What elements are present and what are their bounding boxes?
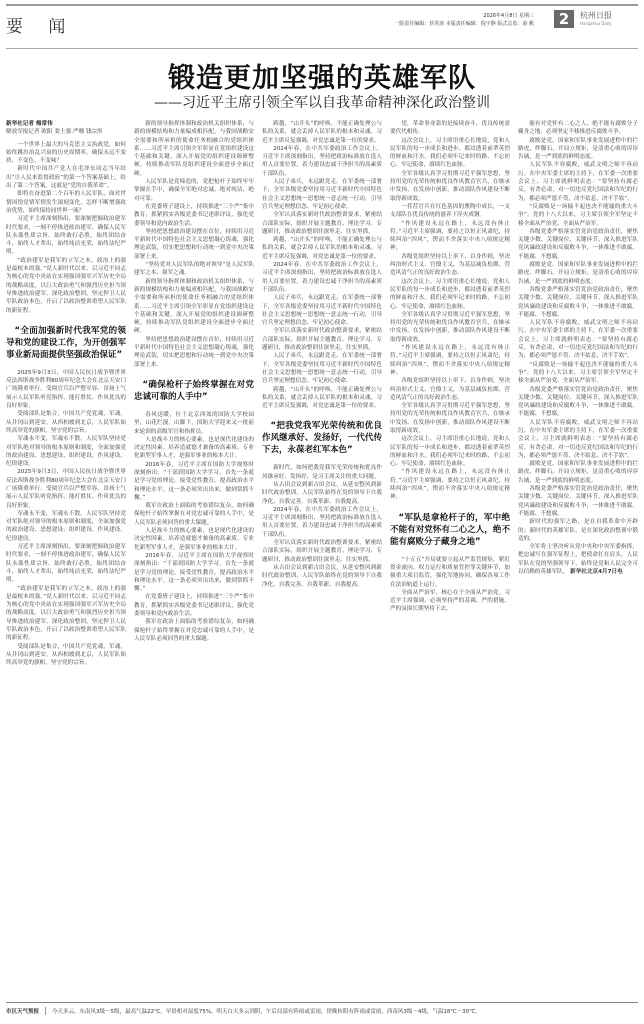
paragraph: 各级党组织坚持以上率下、以身作则，坚决纠治形式主义、官僚主义，为基层减负松绑，营… — [390, 253, 510, 278]
paragraph: 新时代，如何把我党我军光荣传统和优良作风继承好、发扬好，是习主席关注的重大问题。 — [262, 464, 382, 481]
logo-en: Hangzhou Daily — [580, 21, 638, 26]
paragraph: 军魂永不变，军魂永不散。人民军队坚持党对军队绝对领导的根本原则和制度，全面加强党… — [6, 435, 126, 468]
paragraph: 人民军队是党缔造的，党把枪杆子始终牢牢掌握在手中，确保全军绝对忠诚、绝对纯洁、绝… — [134, 178, 254, 203]
paragraph: 各级党组织坚持以上率下、以身作则，坚决纠治形式主义、官僚主义，为基层减负松绑，营… — [390, 377, 510, 402]
paragraph: 腐败是党、国家和军队事业发展进程中的拦路虎、绊脚石。开局立规矩，是清重心收的谆谆… — [518, 460, 638, 485]
column-4: 望，革命事业靠的是接续奋斗，优良传统需要代代相传。 这次会议上，习主席语重心长地… — [390, 120, 510, 1000]
column-1: 新华社记者 梅常伟 解放军报记者 欧阳 娄士强 严珊 钱宗彤 一个世界上最大的马… — [6, 120, 126, 1000]
paragraph: 人民子弟兵，永远跟党走。在军委统一部署下，全军各级党委坚持用习近平新时代中国特色… — [262, 178, 382, 211]
paragraph: 习近平主席深刻指出，要深刻把握政治建军时代要求，一刻不停推进政治建军，确保人民军… — [6, 543, 126, 584]
paragraph: 全军认真落实新时代政治整训要求，紧密结合部队实际，组织开展主题教育、理论学习、专… — [262, 539, 382, 564]
paragraph: 2025年9月3日，中国人民抗日战争暨世界反法西斯战争胜利80周年纪念大会在北京… — [6, 468, 126, 509]
paragraph: 一个世界上最大的马克思主义执政党，如何始终跳出治乱兴衰的历史周期率，确保永远不变… — [6, 141, 126, 166]
weather-label: 市区天气预报 — [6, 1007, 46, 1015]
paragraph: 人是战斗力的核心要素，也是现代化建设的决定性因素。培养造就德才兼备的高素质、专业… — [134, 527, 254, 552]
section-title: 要 闻 — [6, 12, 75, 37]
subheading-4: “军队是拿枪杆子的，军中绝不能有对党怀有二心之人，绝不能有腐败分子藏身之地” — [390, 512, 510, 548]
paragraph: 2016年春，习近平主席在国防大学视察时深刻指出：“干部到国防大学学习，首先一条… — [134, 552, 254, 593]
paragraph: “坚持党对人民军队的绝对领导”是人民军队建军之本、强军之魂。 — [134, 261, 254, 278]
paragraph: “十五五”开局就要立起从严监管规矩，紧盯资金流向、权力运行和质量管控等关键环节，… — [390, 556, 510, 589]
subheading-1: “全面加强新时代我军党的领导和党的建设工作，为开创强军事业新局面提供坚强政治保证… — [6, 325, 126, 361]
paragraph: 人民军队不容腐败，威武文明之师不容玷污。在中央军委主席的主持下，在军委一次重要会… — [518, 161, 638, 202]
paragraph: “作风建设永远在路上，永远没有休止符。”习近平主席强调，要持之以恒正风肃纪，持续… — [390, 344, 510, 377]
paragraph: 人民子弟兵，永远跟党走。在军委统一部署下，全军各级党委坚持用习近平新时代中国特色… — [262, 294, 382, 327]
paragraph: 全军各级认真学习贯彻习近平强军思想，坚持用党的光荣传统和优良作风教育官兵，在继承… — [390, 170, 510, 203]
paragraph: 这次会议上，习主席语重心长地说，党和人民军队的每一步成长和进步，都浸透着前辈英烈… — [390, 435, 510, 468]
paragraph: “反腐败是一场输不起也决不能输的重大斗争”。党的十八大以来，习主席引领全军坚定不… — [518, 203, 638, 228]
paragraph: 2016年春，习近平主席在国防大学视察时深刻指出：“干部到国防大学学习，首先一条… — [134, 461, 254, 502]
article-subtitle: ——习近平主席引领全军以自我革命精神深化政治整训 — [0, 92, 644, 112]
paragraph: 跨越，“山开头”的呼唤，不能正确处理公与私的关系，就会丢掉人民军队的根本和灵魂。… — [262, 120, 382, 145]
paragraph: 人是战斗力的核心要素，也是现代化建设的决定性因素。培养造就德才兼备的高素质、专业… — [134, 436, 254, 461]
paragraph: 这次会议上，习主席语重心长地说，党和人民军队的每一步成长和进步，都浸透着前辈英烈… — [390, 137, 510, 170]
paragraph: 望，革命事业靠的是接续奋斗，优良传统需要代代相传。 — [390, 120, 510, 137]
subheading-3: “把我党我军光荣传统和优良作风继承好、发扬好，一代代传下去，永葆老红军本色” — [262, 420, 382, 456]
paragraph: 人民子弟兵，永远跟党走。在军委统一部署下，全军各级党委坚持用习近平新时代中国特色… — [262, 352, 382, 385]
paragraph: 人民军队不容腐败，威武文明之师不容玷污。在中央军委主席的主持下，在军委一次重要会… — [518, 419, 638, 460]
paragraph: 各级党委严格落实管党治党政治责任，聚焦关键少数、关键岗位、关键环节，深入推进军队… — [518, 485, 638, 518]
paragraph: “政治建军是我军的立军之本，政治上的强是最根本的强。”党人新时代以来，以习近平同… — [6, 257, 126, 315]
paragraph: 全军认真落实新时代政治整训要求，紧密结合部队实际，组织开展主题教育、理论学习、专… — [262, 327, 382, 352]
paragraph: 坚持把思想政治建设摆在首位，持续用习近平新时代中国特色社会主义思想凝心铸魂，强化… — [134, 336, 254, 369]
paragraph: 一茬茬官兵在红色基因的熏陶中成长，一支支部队在优良传统的滋养下淬火成钢。 — [390, 203, 510, 220]
column-3: 跨越，“山开头”的呼唤，不能正确处理公与私的关系，就会丢掉人民军队的根本和灵魂。… — [262, 120, 382, 1000]
paragraph: 全面从严治军，核心在于全面从严治党。习近平主席强调，必须坚持严的基调、严的措施、… — [390, 589, 510, 614]
paragraph: “作风建设永远在路上，永远没有休止符。”习近平主席强调，要持之以恒正风肃纪，持续… — [390, 220, 510, 253]
edition-meta: 2026年4月8日 星期三 一版责任编辑：侯英涛 本版责任编辑：倪宇静 版式总监… — [394, 12, 534, 28]
paragraph: 新的领导指挥体制和政治机关组织体系，与新的规模结构和力量编成相匹配，与我国战略安… — [134, 120, 254, 178]
paragraph: 军魂永不变，军魂永不散。人民军队坚持党对军队绝对领导的根本原则和制度，全面加强党… — [6, 510, 126, 543]
byline-xinhua: 新华社记者 梅常伟 — [6, 120, 126, 128]
paragraph: 从古田会议到新古田会议，从延安整风到新时代政治整训，人民军队始终在党的领导下自我… — [262, 564, 382, 589]
header-divider — [6, 48, 638, 49]
paragraph: 从古田会议到新古田会议，从延安整风到新时代政治整训，人民军队始终在党的领导下自我… — [262, 481, 382, 506]
issue-date: 2026年4月8日 星期三 — [394, 12, 534, 20]
paragraph: “反腐败是一场输不起也决不能输的重大斗争”。党的十八大以来，习主席引领全军坚定不… — [518, 361, 638, 386]
paragraph: 即将在奋进第二个百年的人民军队，面对世情国情党情军情发生深刻变化，怎样不断增强政… — [6, 190, 126, 215]
column-2: 新的领导指挥体制和政治机关组织体系，与新的规模结构和力量编成相匹配，与我国战略安… — [134, 120, 254, 1000]
paragraph: “政治建军是我军的立军之本，政治上的强是最根本的强。”党人新时代以来，以习近平同… — [6, 585, 126, 643]
paragraph: 全军将士坚决听从党中央和中央军委指挥，把忠诚写在强军征程上，把使命扛在肩头。人民… — [518, 543, 638, 576]
paragraph: 我军在政治上面临的考验错综复杂，如何确保枪杆子始终掌握在对党忠诚可靠的人手中，是… — [134, 502, 254, 527]
editors-credit: 一版责任编辑：侯英涛 本版责任编辑：倪宇静 版式总监：俞 帆 — [394, 20, 534, 28]
paragraph: “作风建设永远在路上，永远没有休止符。”习近平主席强调，要持之以恒正风肃纪，持续… — [390, 468, 510, 501]
paragraph: 坚持把思想政治建设摆在首位，持续用习近平新时代中国特色社会主义思想凝心铸魂，强化… — [134, 228, 254, 261]
paragraph: 2025年9月3日，中国人民抗日战争暨世界反法西斯战争胜利80周年纪念大会在北京… — [6, 369, 126, 410]
weather-text: 今天多云，东南风3级－5级，最高气温22℃，早晨相对湿度75%。明天白天多云到阴… — [52, 1007, 481, 1015]
weather-footer: 市区天气预报 今天多云，东南风3级－5级，最高气温22℃，早晨相对湿度75%。明… — [6, 1002, 638, 1015]
paragraph: 在党委班子建设上，持续推进“三个严”集中教育，抓紧抓实各级党委书记述职评议，强化… — [134, 203, 254, 228]
paragraph: 全军认真落实新时代政治整训要求，紧密结合部队实际，组织开展主题教育、理论学习、专… — [262, 211, 382, 236]
masthead: 要 闻 2026年4月8日 星期三 一版责任编辑：侯英涛 本版责任编辑：倪宇静 … — [6, 4, 638, 46]
paragraph: 各级党委严格落实管党治党政治责任，聚焦关键少数、关键岗位、关键环节，深入推进军队… — [518, 286, 638, 319]
paragraph: 人民军队不容腐败，威武文明之师不容玷污。在中央军委主席的主持下，在军委一次重要会… — [518, 319, 638, 360]
paragraph: 跨越，“山开头”的呼唤，不能正确处理公与私的关系，就会丢掉人民军队的根本和灵魂。… — [262, 236, 382, 261]
paragraph: 新时代中国共产党人在毛泽东同志当年给出“让人民来监督政府”的第一个答案基础上，给… — [6, 165, 126, 190]
paragraph: 新时代的强军之路，是在自我革命中开辟的；新时代的英雄军队，是在深化政治整训中锻造… — [518, 518, 638, 543]
paragraph: 各级党委严格落实管党治党政治责任，聚焦关键少数、关键岗位、关键环节，深入推进军队… — [518, 228, 638, 261]
paragraph: 能有对党怀有二心之人，绝不能有腐败分子藏身之地，必须坚定不移推进反腐败斗争。 — [518, 120, 638, 137]
paragraph: 全军各级认真学习贯彻习近平强军思想，坚持用党的光荣传统和优良作风教育官兵，在继承… — [390, 311, 510, 344]
paragraph: 腐败是党、国家和军队事业发展进程中的拦路虎、绊脚石。开局立规矩，是清重心收的谆谆… — [518, 137, 638, 162]
subheading-2: “确保枪杆子始终掌握在对党忠诚可靠的人手中” — [134, 379, 254, 403]
paragraph: 习近平主席深刻指出，要深刻把握政治建军时代要求，一刻不停推进政治建军，确保人民军… — [6, 215, 126, 256]
logo-cn: 杭州日报 — [580, 11, 612, 20]
paragraph: 受阅部队是集合，中国共产党党魂，军魂。从井冈山到延安，从西柏坡到北京，人民军队始… — [6, 410, 126, 435]
article-headline: 锻造更加坚强的英雄军队 — [0, 56, 644, 95]
paragraph: 春风送暖，位于北京西郊的国防大学校园里，山花烂漫。山脚下，国防大学迎来又一批前来… — [134, 411, 254, 436]
dateline: 新华社北京4月7日电 — [570, 569, 623, 575]
paragraph: 新的领导指挥体制和政治机关组织体系，与新的规模结构和力量编成相匹配，与我国战略安… — [134, 278, 254, 336]
paragraph: 各级党委严格落实管党治党政治责任，聚焦关键少数、关键岗位、关键环节，深入推进军队… — [518, 386, 638, 419]
paragraph: 全军各级认真学习贯彻习近平强军思想，坚持用党的光荣传统和优良作风教育官兵，在继承… — [390, 402, 510, 435]
paragraph: 2024年春，在中共军委政治工作会议上，习近平主席深刻指出，坚持把政治标准放在选… — [262, 506, 382, 539]
newspaper-logo: 杭州日报 Hangzhou Daily — [580, 10, 638, 26]
paragraph: 2024年春，在中共军委政治工作会议上，习近平主席深刻指出，坚持把政治标准放在选… — [262, 145, 382, 178]
paragraph: 在党委班子建设上，持续推进“三个严”集中教育，抓紧抓实各级党委书记述职评议，强化… — [134, 593, 254, 618]
paragraph: 受阅部队是集合，中国共产党党魂，军魂。从井冈山到延安，从西柏坡到北京，人民军队始… — [6, 643, 126, 668]
article-body: 新华社记者 梅常伟 解放军报记者 欧阳 娄士强 严珊 钱宗彤 一个世界上最大的马… — [6, 120, 638, 1000]
paragraph: 这次会议上，习主席语重心长地说，党和人民军队的每一步成长和进步，都浸透着前辈英烈… — [390, 278, 510, 311]
paragraph: 腐败是党、国家和军队事业发展进程中的拦路虎、绊脚石。开局立规矩，是清重心收的谆谆… — [518, 261, 638, 286]
paragraph: 跨越，“山开头”的呼唤，不能正确处理公与私的关系，就会丢掉人民军队的根本和灵魂。… — [262, 386, 382, 411]
byline-pla-daily: 解放军报记者 欧阳 娄士强 严珊 钱宗彤 — [6, 128, 126, 136]
page-number: 2 — [554, 10, 574, 28]
column-5: 能有对党怀有二心之人，绝不能有腐败分子藏身之地，必须坚定不移推进反腐败斗争。 腐… — [518, 120, 638, 1000]
paragraph: 我军在政治上面临的考验错综复杂，如何确保枪杆子始终掌握在对党忠诚可靠的人手中，是… — [134, 618, 254, 643]
paragraph: 2024年春，在中共军委政治工作会议上，习近平主席深刻指出，坚持把政治标准放在选… — [262, 261, 382, 294]
